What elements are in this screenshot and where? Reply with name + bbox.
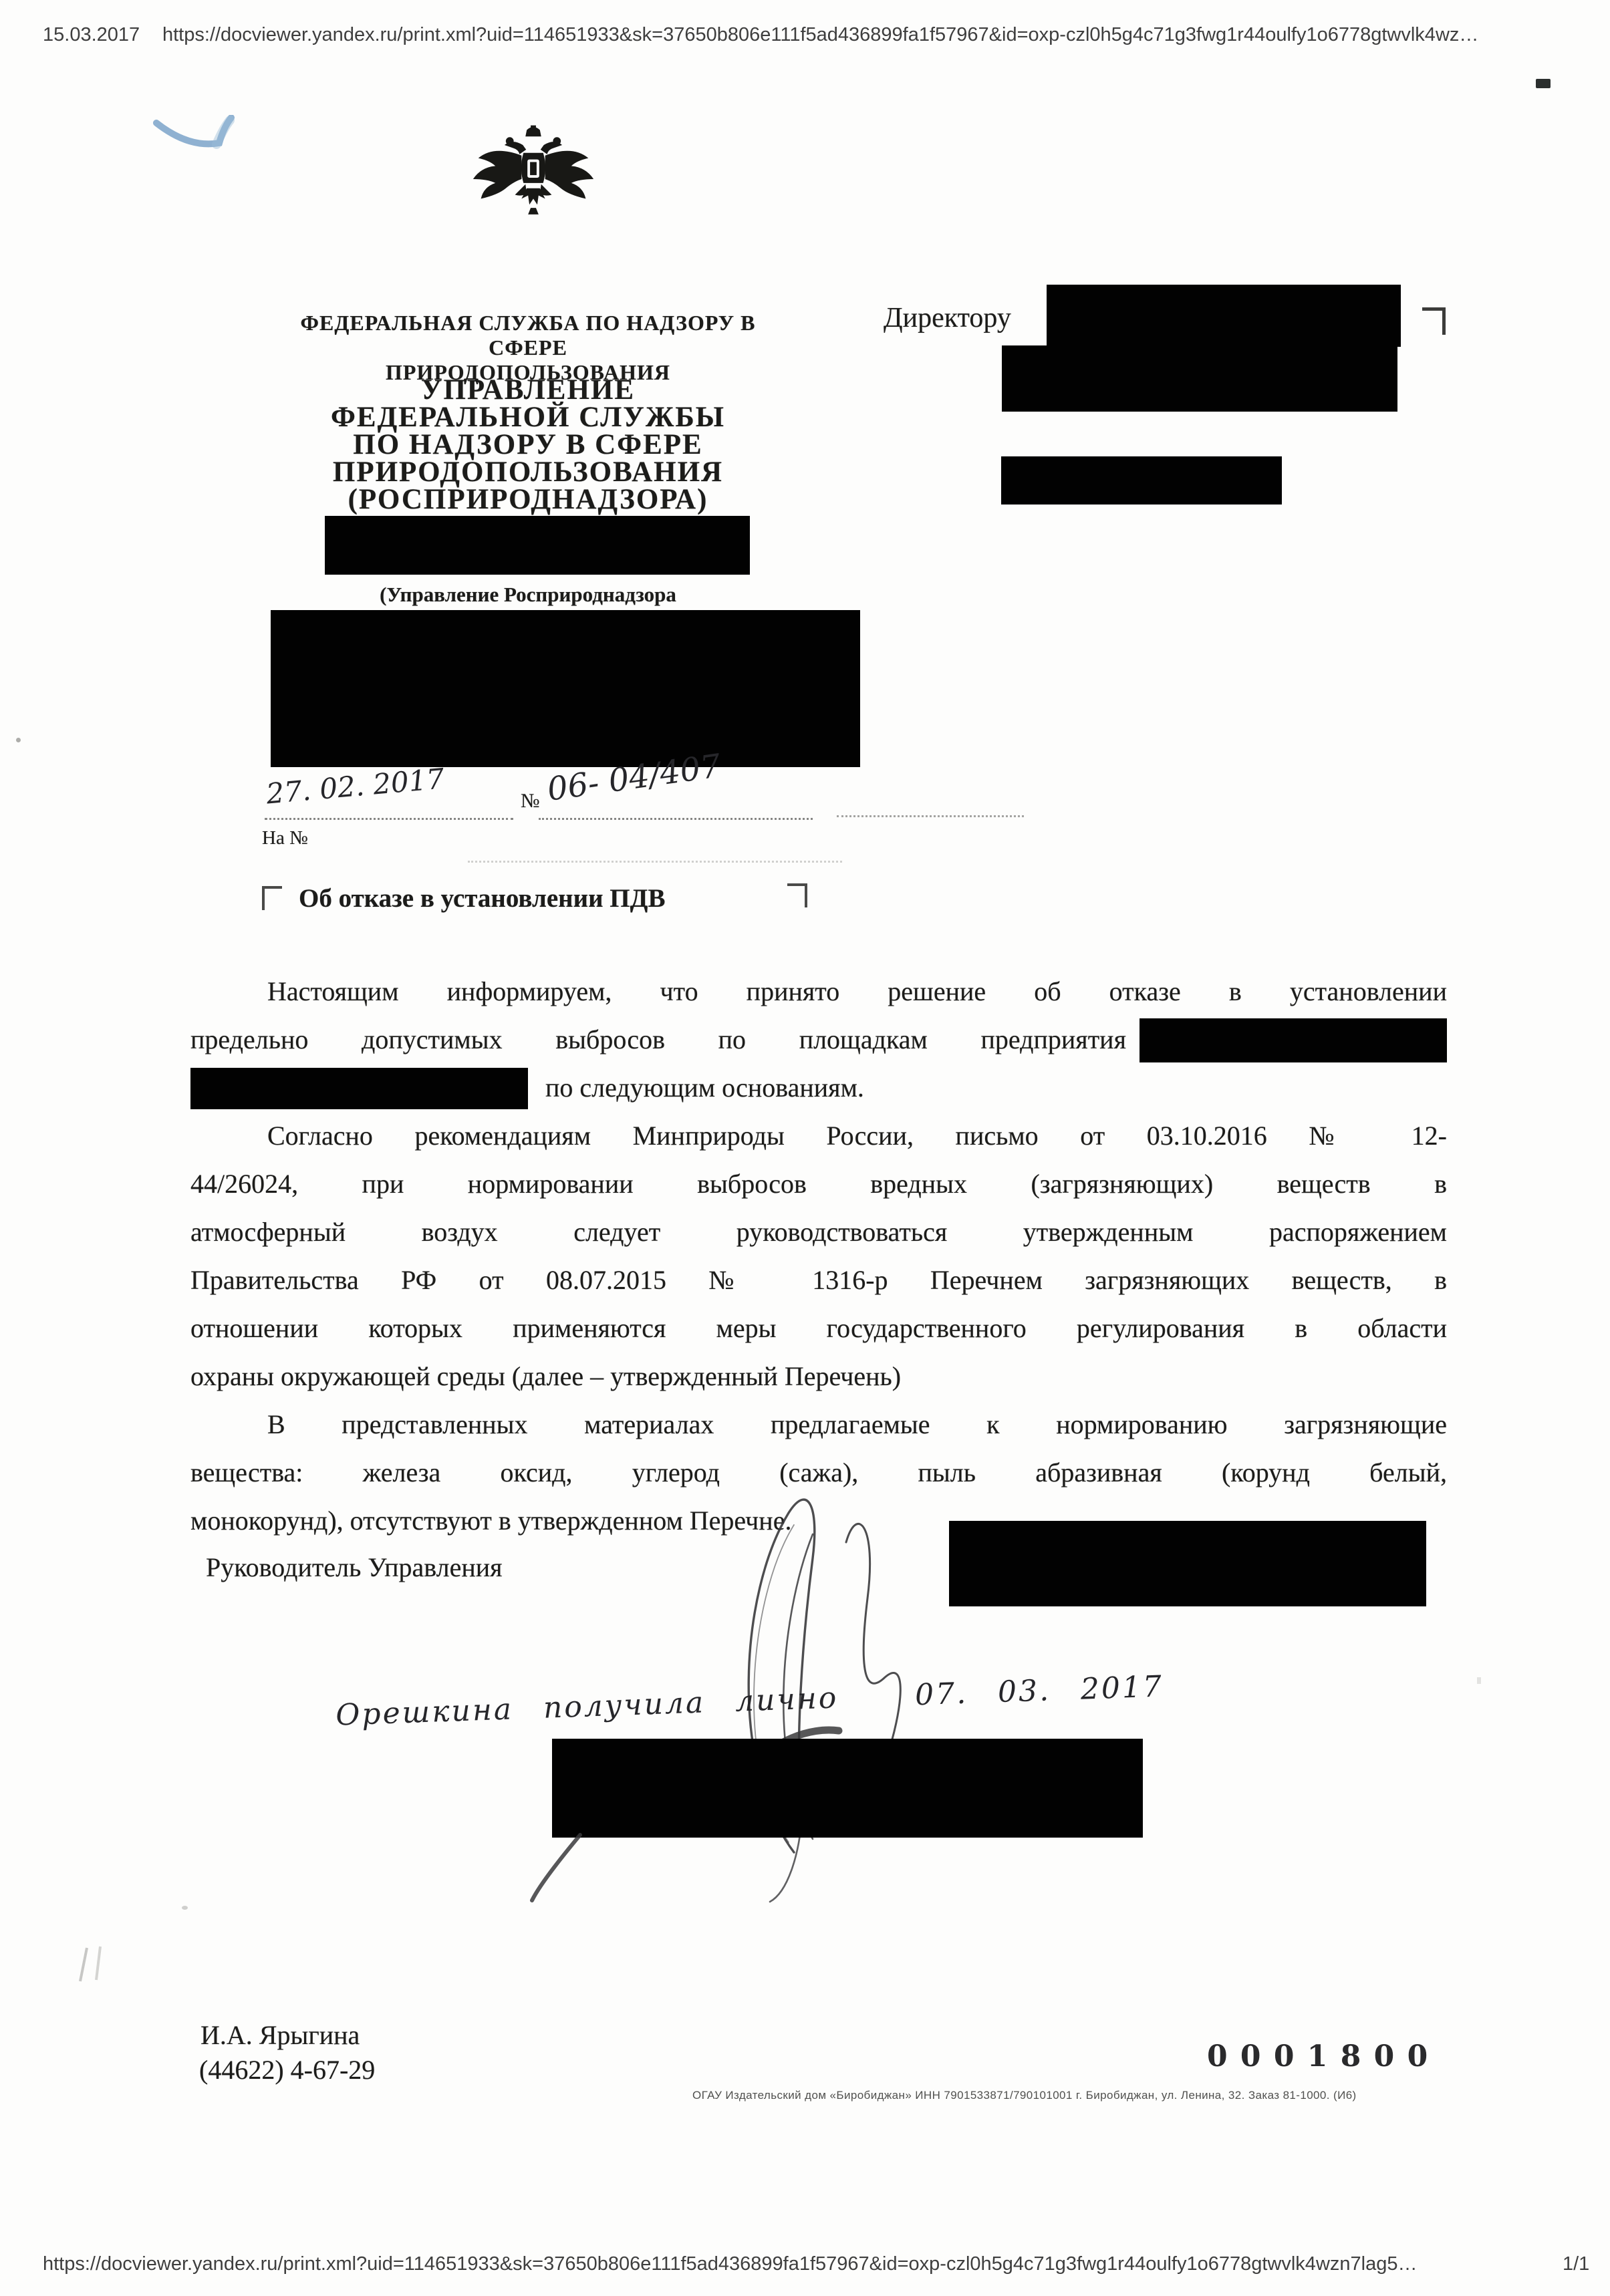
subject-corner-left bbox=[262, 886, 282, 910]
redaction-block-addressee-address bbox=[1001, 456, 1282, 505]
redaction-inline-company-2 bbox=[190, 1068, 528, 1109]
redaction-inline-company-1 bbox=[1139, 1018, 1447, 1062]
body-line: 44/26024, при нормировании выбросов вред… bbox=[190, 1160, 1447, 1208]
redaction-block-sender-2 bbox=[271, 610, 860, 767]
stamp-number: 0 0 0 1 8 0 0 bbox=[1207, 2039, 1429, 2073]
letterhead-agency-line: ФЕДЕРАЛЬНАЯ СЛУЖБА ПО НАДЗОРУ В СФЕРЕ bbox=[261, 311, 795, 360]
contact-name: И.А. Ярыгина bbox=[200, 2019, 360, 2051]
letterhead-dept-line: ПРИРОДОПОЛЬЗОВАНИЯ bbox=[261, 458, 795, 486]
body-line-with-redaction: по следующим основаниям. bbox=[190, 1064, 1447, 1112]
letter-body: Настоящим информируем, что принято решен… bbox=[190, 968, 1447, 1545]
coat-of-arms-icon bbox=[468, 124, 599, 265]
number-sign-label: № bbox=[521, 790, 540, 813]
body-line: Правительства РФ от 08.07.2015 № 1316-р … bbox=[190, 1256, 1447, 1304]
print-footer-url: https://docviewer.yandex.ru/print.xml?ui… bbox=[43, 2253, 1417, 2275]
body-line-with-redaction: предельно допустимых выбросов по площадк… bbox=[190, 1016, 1447, 1064]
scan-noise bbox=[72, 1941, 112, 1988]
subject-line: Об отказе в установлении ПДВ bbox=[299, 883, 665, 913]
body-line: охраны окружающей среды (далее – утвержд… bbox=[190, 1352, 1447, 1401]
body-line: атмосферный воздух следует руководствова… bbox=[190, 1208, 1447, 1256]
scan-noise bbox=[182, 1906, 188, 1910]
body-line: отношении которых применяются меры госуд… bbox=[190, 1304, 1447, 1352]
redaction-block-received bbox=[552, 1739, 1143, 1838]
print-header-url: https://docviewer.yandex.ru/print.xml?ui… bbox=[162, 24, 1478, 46]
print-header-date: 15.03.2017 bbox=[43, 24, 140, 46]
letterhead-dept-line: (РОСПРИРОДНАДЗОРА) bbox=[261, 486, 795, 513]
letterhead-caption: (Управление Росприроднадзора bbox=[261, 583, 795, 607]
redaction-block-signature bbox=[949, 1521, 1426, 1606]
page-indicator: 1/1 bbox=[1563, 2253, 1589, 2275]
pen-checkmark-icon bbox=[152, 115, 246, 162]
addressee-label: Директору bbox=[884, 302, 1011, 334]
body-line: В представленных материалах предлагаемые… bbox=[190, 1401, 1447, 1449]
handwritten-letter-date: 27. 02. 2017 bbox=[265, 762, 445, 810]
dotted-line-date bbox=[265, 818, 513, 820]
body-line: Согласно рекомендациям Минприроды России… bbox=[190, 1112, 1447, 1160]
address-corner-mark bbox=[1422, 307, 1446, 335]
letterhead-dept-line: УПРАВЛЕНИЕ bbox=[261, 376, 795, 404]
scan-artifact-dash bbox=[1536, 79, 1551, 88]
redaction-block-addressee-1 bbox=[1047, 285, 1401, 347]
dotted-line-reply bbox=[468, 861, 842, 863]
scan-noise bbox=[16, 738, 21, 742]
scan-noise bbox=[1477, 1677, 1481, 1684]
pen-tail-icon bbox=[528, 1832, 588, 1906]
printer-note: ОГАУ Издательский дом «Биробиджан» ИНН 7… bbox=[692, 2089, 1357, 2102]
body-line: предельно допустимых выбросов по площадк… bbox=[190, 1016, 1126, 1064]
body-line: по следующим основаниям. bbox=[545, 1064, 864, 1112]
subject-corner-right bbox=[787, 883, 807, 907]
redaction-bar-sender-1 bbox=[325, 516, 750, 575]
letterhead-department: УПРАВЛЕНИЕ ФЕДЕРАЛЬНОЙ СЛУЖБЫ ПО НАДЗОРУ… bbox=[261, 376, 795, 513]
letterhead-dept-line: ФЕДЕРАЛЬНОЙ СЛУЖБЫ bbox=[261, 404, 795, 431]
reply-ref-label: На № bbox=[262, 827, 308, 849]
redaction-block-addressee-2 bbox=[1002, 345, 1397, 412]
dotted-line-number-ext bbox=[837, 815, 1024, 817]
letterhead-dept-line: ПО НАДЗОРУ В СФЕРЕ bbox=[261, 431, 795, 458]
contact-phone: (44622) 4-67-29 bbox=[199, 2054, 375, 2086]
dotted-line-number bbox=[539, 818, 813, 820]
print-preview-page: 15.03.2017 https://docviewer.yandex.ru/p… bbox=[0, 0, 1610, 2296]
signer-title: Руководитель Управления bbox=[206, 1552, 503, 1583]
body-line: Настоящим информируем, что принято решен… bbox=[190, 968, 1447, 1016]
